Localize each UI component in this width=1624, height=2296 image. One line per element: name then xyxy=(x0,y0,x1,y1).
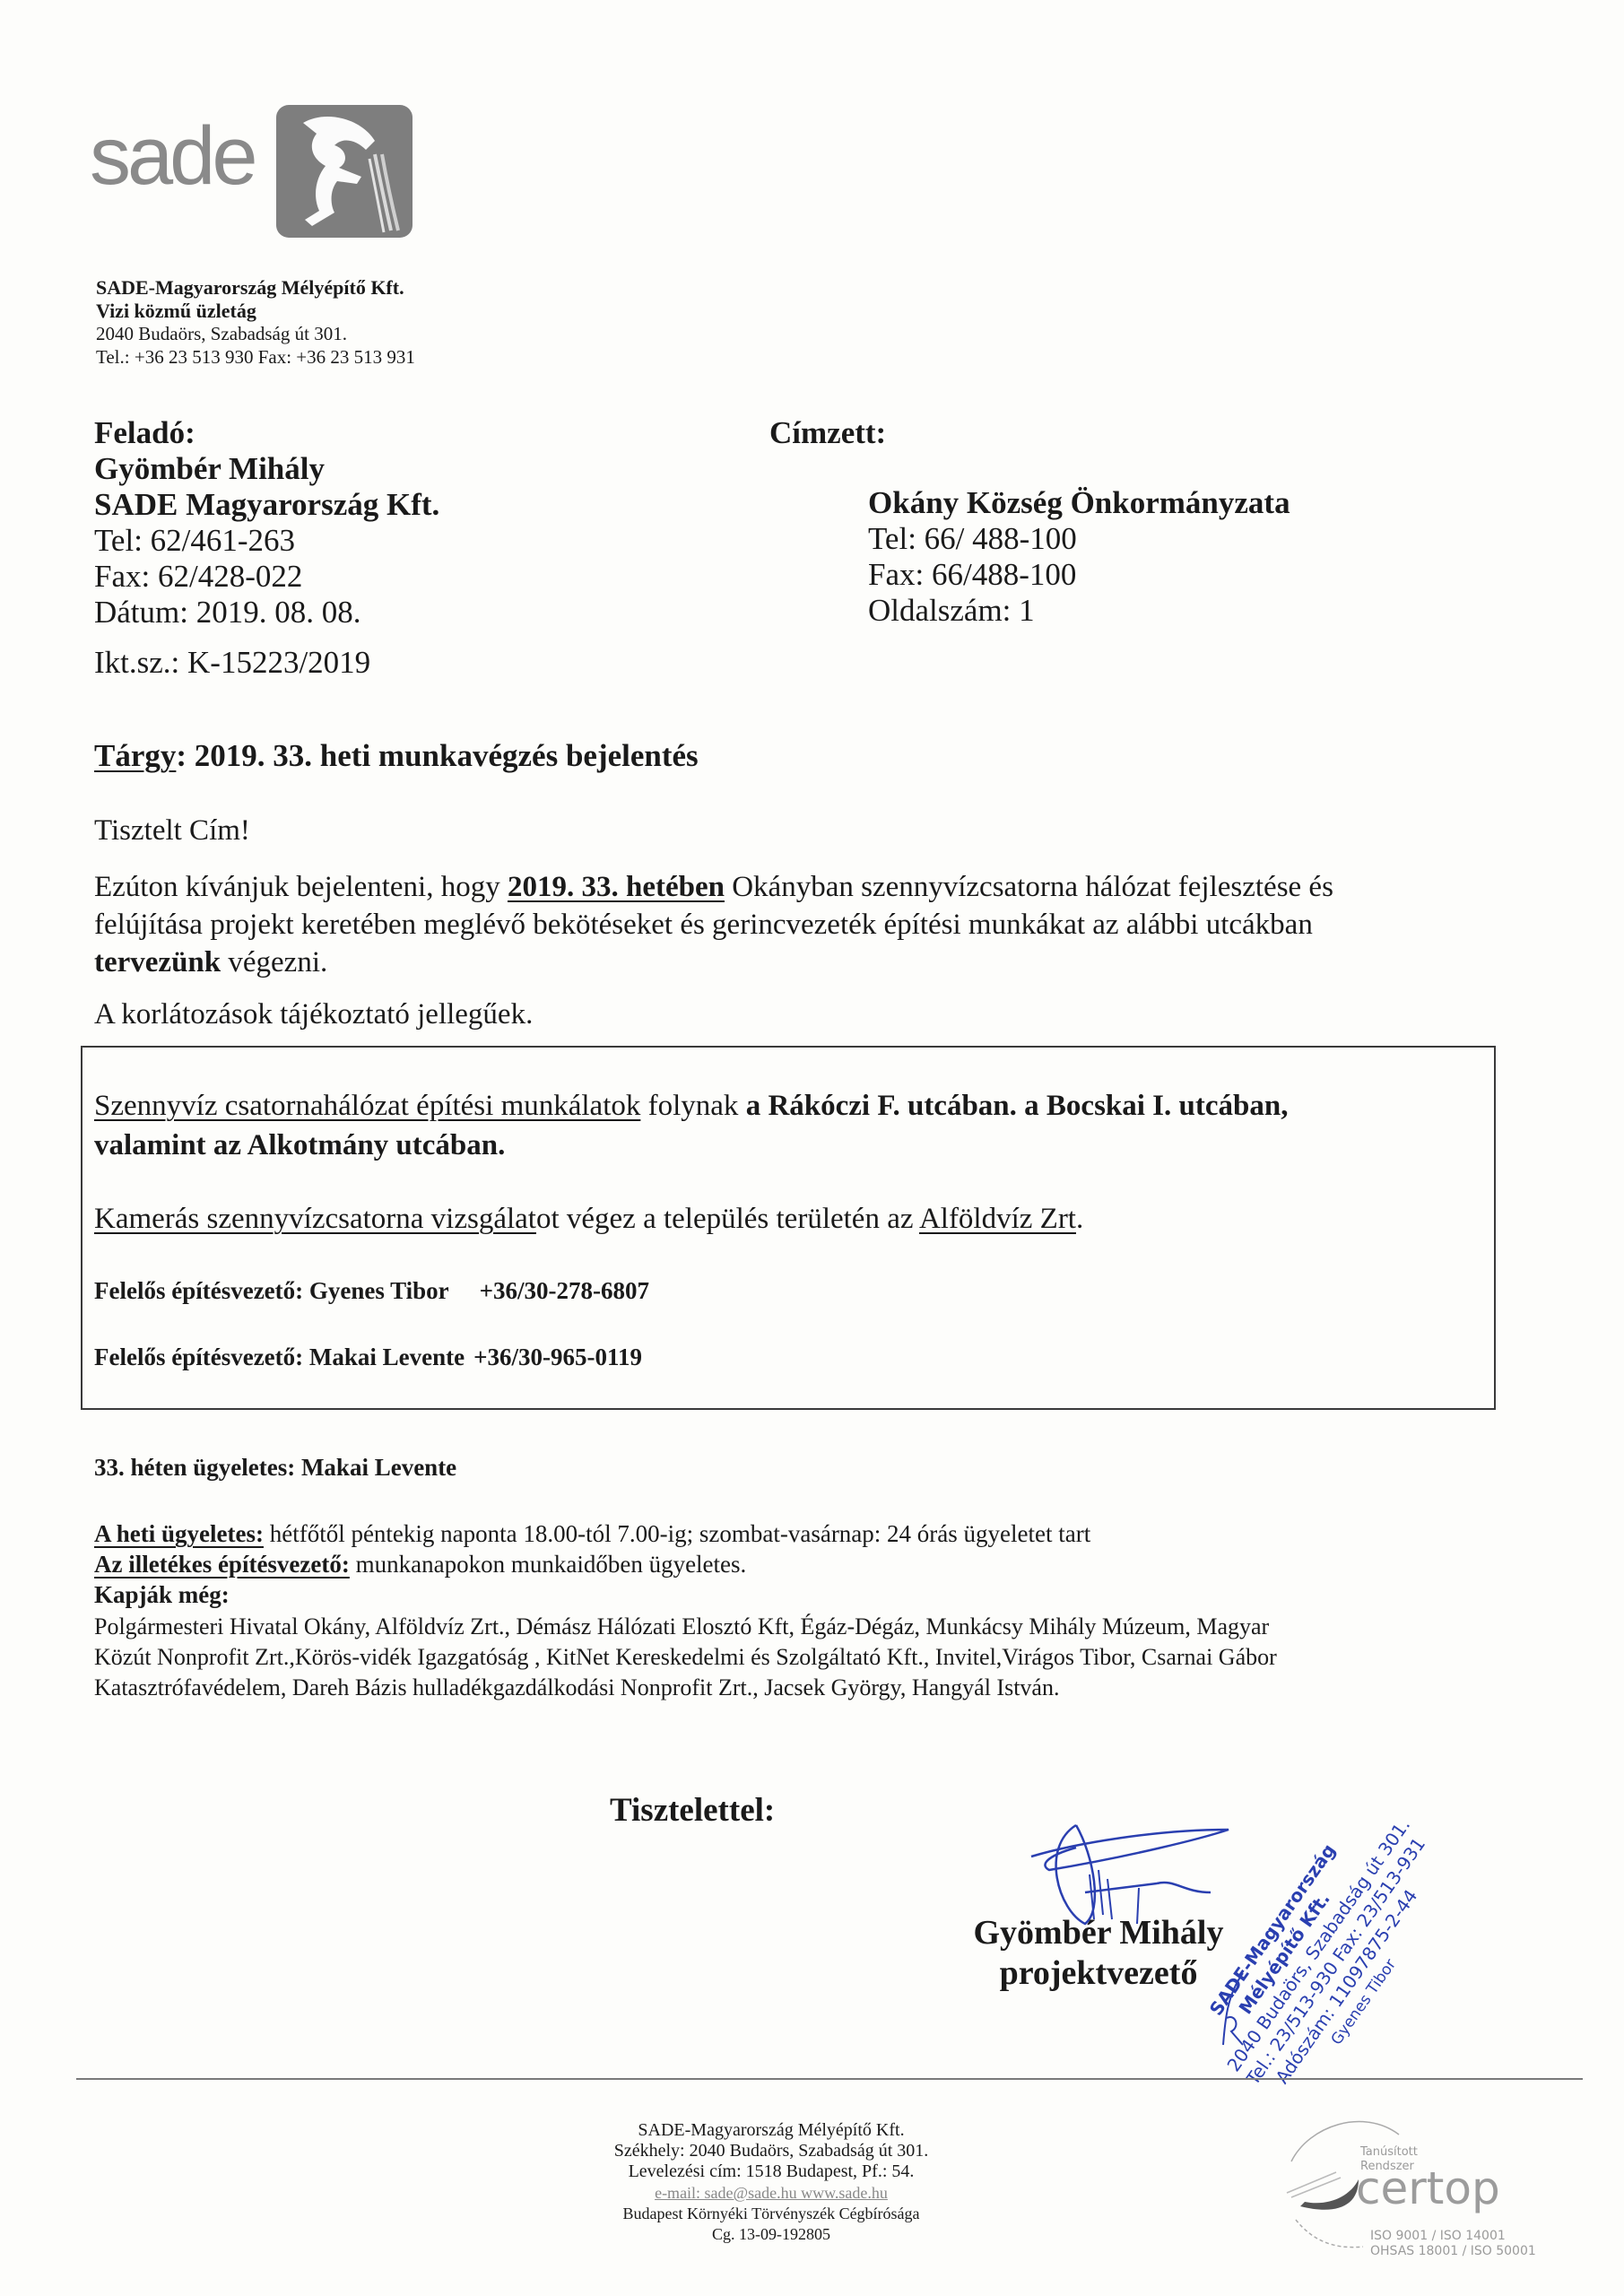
sender-tel: Tel: 62/461-263 xyxy=(94,522,295,559)
camera-period: . xyxy=(1076,1203,1083,1235)
sender-name: Gyömbér Mihály xyxy=(94,450,325,487)
recipient-fax: Fax: 66/488-100 xyxy=(868,556,1076,593)
manager-1-label: Felelős építésvezető: Gyenes Tibor xyxy=(94,1277,449,1304)
footer-court: Budapest Környéki Törvényszék Cégbíróság… xyxy=(502,2204,1040,2224)
certop-brand: certop xyxy=(1356,2163,1500,2213)
sender-fax: Fax: 62/428-022 xyxy=(94,558,302,595)
recipient-label: Címzett: xyxy=(769,414,886,451)
notice-works-line-2: valamint az Alkotmány utcában. xyxy=(94,1126,505,1164)
manager-duty-label: Az illetékes építésvezető: xyxy=(94,1551,350,1578)
initials-icon xyxy=(1218,1969,1254,2049)
cc-line-2: Közút Nonprofit Zrt.,Körös-vidék Igazgat… xyxy=(94,1642,1277,1673)
recipient-page: Oldalszám: 1 xyxy=(868,592,1035,629)
subject-text: : 2019. 33. heti munkavégzés bejelentés xyxy=(176,738,698,773)
notice-camera-line: Kamerás szennyvízcsatorna vizsgálatot vé… xyxy=(94,1200,1083,1238)
on-duty: 33. héten ügyeletes: Makai Levente xyxy=(94,1452,456,1483)
cc-line-1: Polgármesteri Hivatal Okány, Alföldvíz Z… xyxy=(94,1612,1269,1642)
subject-label: Tárgy xyxy=(94,738,176,773)
footer-divider xyxy=(76,2078,1583,2080)
manager-1-phone: +36/30-278-6807 xyxy=(480,1277,649,1304)
footer-seat: Székhely: 2040 Budaörs, Szabadság út 301… xyxy=(502,2141,1040,2161)
manager-2-label: Felelős építésvezető: Makai Levente xyxy=(94,1344,465,1370)
letterhead-phone-fax: Tel.: +36 23 513 930 Fax: +36 23 513 931 xyxy=(96,346,415,369)
footer-registration: Cg. 13-09-192805 xyxy=(502,2224,1040,2245)
certop-iso-1: ISO 9001 / ISO 14001 xyxy=(1370,2229,1506,2244)
letterhead-division: Vizi közmű üzletág xyxy=(96,300,256,322)
footer-mail-address: Levelezési cím: 1518 Budapest, Pf.: 54. xyxy=(502,2161,1040,2182)
manager-duty: Az illetékes építésvezető: munkanapokon … xyxy=(94,1549,746,1579)
manager-duty-text: munkanapokon munkaidőben ügyeletes. xyxy=(350,1551,746,1578)
manager-2: Felelős építésvezető: Makai Levente+36/3… xyxy=(94,1342,642,1372)
manager-1: Felelős építésvezető: Gyenes Tibor+36/30… xyxy=(94,1275,649,1306)
cc-line-3: Katasztrófavédelem, Dareh Bázis hulladék… xyxy=(94,1673,1059,1703)
certop-label-1: Tanúsított xyxy=(1360,2145,1418,2160)
intro-line-1: Ezúton kívánjuk bejelenteni, hogy 2019. … xyxy=(94,868,1333,906)
notice-works-line-1: Szennyvíz csatornahálózat építési munkál… xyxy=(94,1087,1288,1125)
intro-week: 2019. 33. hetében xyxy=(508,871,725,903)
letterhead-company: SADE-Magyarország Mélyépítő Kft. xyxy=(96,276,404,299)
footer-company: SADE-Magyarország Mélyépítő Kft. xyxy=(502,2120,1040,2141)
closing-regards: Tisztelettel: xyxy=(610,1792,775,1829)
recipient-name: Okány Község Önkormányzata xyxy=(868,484,1290,521)
streets-list: a Rákóczi F. utcában. a Bocskai I. utcáb… xyxy=(746,1090,1289,1122)
intro-planned: tervezünk xyxy=(94,946,221,978)
weekly-duty-label: A heti ügyeletes: xyxy=(94,1520,264,1547)
camera-text: ot végez a település területén az xyxy=(536,1203,919,1235)
intro-line-2: felújítása projekt keretében meglévő bek… xyxy=(94,906,1313,944)
cc-label: Kapják még: xyxy=(94,1579,230,1610)
sade-logo-icon xyxy=(276,105,413,238)
sender-company: SADE Magyarország Kft. xyxy=(94,486,439,523)
intro-text: Ezúton kívánjuk bejelenteni, hogy xyxy=(94,871,508,903)
certop-iso-2: OHSAS 18001 / ISO 50001 xyxy=(1370,2244,1536,2259)
intro-line-3: tervezünk végezni. xyxy=(94,944,327,981)
weekly-duty: A heti ügyeletes: hétfőtől péntekig napo… xyxy=(94,1518,1090,1549)
works-text: folynak xyxy=(640,1090,745,1122)
restriction-note: A korlátozások tájékoztató jellegűek. xyxy=(94,996,533,1033)
sender-reference: Ikt.sz.: K-15223/2019 xyxy=(94,644,370,681)
salutation: Tisztelt Cím! xyxy=(94,812,250,849)
letterhead-address: 2040 Budaörs, Szabadság út 301. xyxy=(96,323,347,345)
subject-line: Tárgy: 2019. 33. heti munkavégzés bejele… xyxy=(94,737,699,775)
weekly-duty-text: hétfőtől péntekig naponta 18.00-tól 7.00… xyxy=(264,1520,1090,1547)
intro-text: Okányban szennyvízcsatorna hálózat fejle… xyxy=(725,871,1333,903)
works-description: Szennyvíz csatornahálózat építési munkál… xyxy=(94,1090,640,1122)
camera-company: Alföldvíz Zrt xyxy=(919,1203,1076,1235)
manager-2-phone: +36/30-965-0119 xyxy=(473,1344,642,1370)
camera-inspection: Kamerás szennyvízcsatorna vizsgálat xyxy=(94,1203,536,1235)
sender-date: Dátum: 2019. 08. 08. xyxy=(94,594,360,631)
certop-certification: Tanúsított Rendszer certop ISO 9001 / IS… xyxy=(1273,2108,1569,2278)
recipient-tel: Tel: 66/ 488-100 xyxy=(868,520,1077,557)
footer-web-links[interactable]: e-mail: sade@sade.hu www.sade.hu xyxy=(502,2183,1040,2204)
sender-label: Feladó: xyxy=(94,414,195,451)
intro-text: végezni. xyxy=(221,946,327,978)
company-logo-text: sade xyxy=(90,115,255,197)
